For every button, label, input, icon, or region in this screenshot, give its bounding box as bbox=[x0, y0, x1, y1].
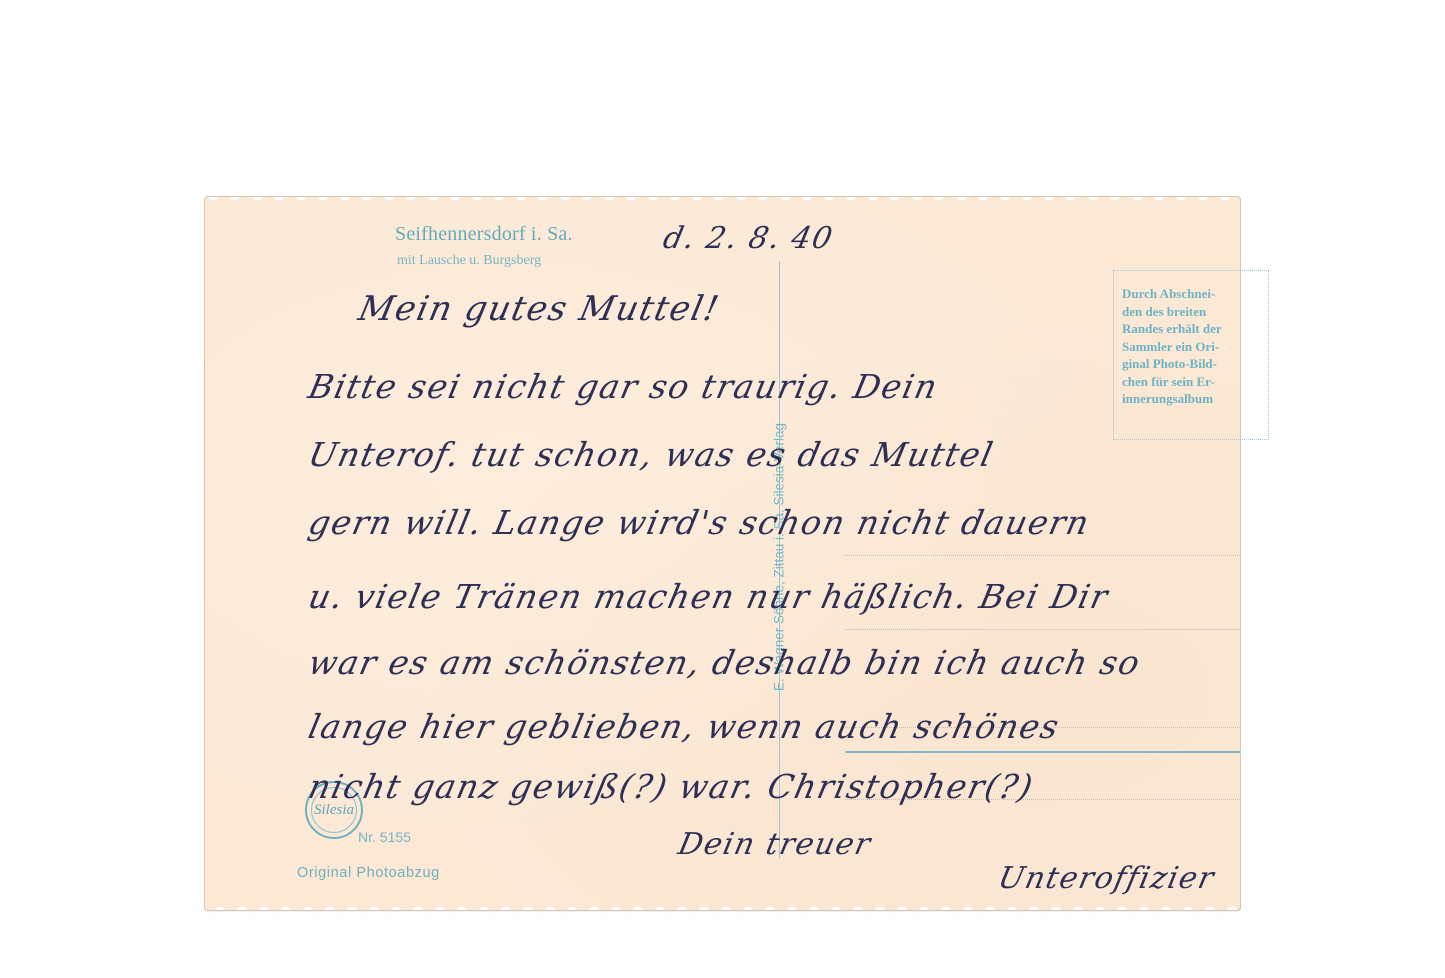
handwritten-line: war es am schönsten, deshalb bin ich auc… bbox=[305, 643, 1144, 682]
cut-notice-line: Durch Abschnei- bbox=[1122, 285, 1262, 303]
cut-notice-line: ginal Photo-Bild- bbox=[1122, 355, 1262, 373]
handwritten-line: lange hier geblieben, wenn auch schönes bbox=[305, 707, 1064, 746]
footer-original-photo: Original Photoabzug bbox=[297, 865, 440, 881]
cut-notice-text: Durch Abschnei- den des breiten Randes e… bbox=[1122, 285, 1262, 408]
handwritten-greeting: Mein gutes Muttel! bbox=[355, 289, 723, 329]
address-line-2 bbox=[845, 629, 1240, 630]
cut-notice-line: Randes erhält der bbox=[1122, 320, 1262, 338]
handwritten-line: gern will. Lange wird's schon nicht daue… bbox=[305, 503, 1094, 542]
handwritten-line: nicht ganz gewiß(?) war. Christopher(?) bbox=[305, 767, 1038, 806]
address-underline bbox=[845, 751, 1240, 753]
catalog-number: Nr. 5155 bbox=[358, 829, 411, 845]
postcard: Seifhennersdorf i. Sa. mit Lausche u. Bu… bbox=[205, 197, 1240, 910]
scan-page: Seifhennersdorf i. Sa. mit Lausche u. Bu… bbox=[0, 0, 1445, 978]
cut-notice-line: Sammler ein Ori- bbox=[1122, 338, 1262, 356]
handwritten-line: u. viele Tränen machen nur häßlich. Bei … bbox=[305, 577, 1112, 616]
handwritten-line: Unterof. tut schon, was es das Muttel bbox=[305, 435, 998, 474]
cut-notice-line: innerungsalbum bbox=[1122, 390, 1262, 408]
handwritten-signature: Unteroffizier bbox=[995, 861, 1218, 896]
cut-notice-box: Durch Abschnei- den des breiten Randes e… bbox=[1113, 270, 1269, 440]
place-subtitle: mit Lausche u. Burgsberg bbox=[397, 253, 541, 269]
handwritten-line: Bitte sei nicht gar so traurig. Dein bbox=[305, 367, 942, 406]
place-title: Seifhennersdorf i. Sa. bbox=[395, 223, 573, 246]
cut-notice-line: den des breiten bbox=[1122, 303, 1262, 321]
cut-notice-line: chen für sein Er- bbox=[1122, 373, 1262, 391]
address-line-1 bbox=[845, 555, 1240, 556]
handwritten-closing: Dein treuer bbox=[675, 827, 875, 862]
handwritten-date: d. 2. 8. 40 bbox=[660, 221, 837, 256]
